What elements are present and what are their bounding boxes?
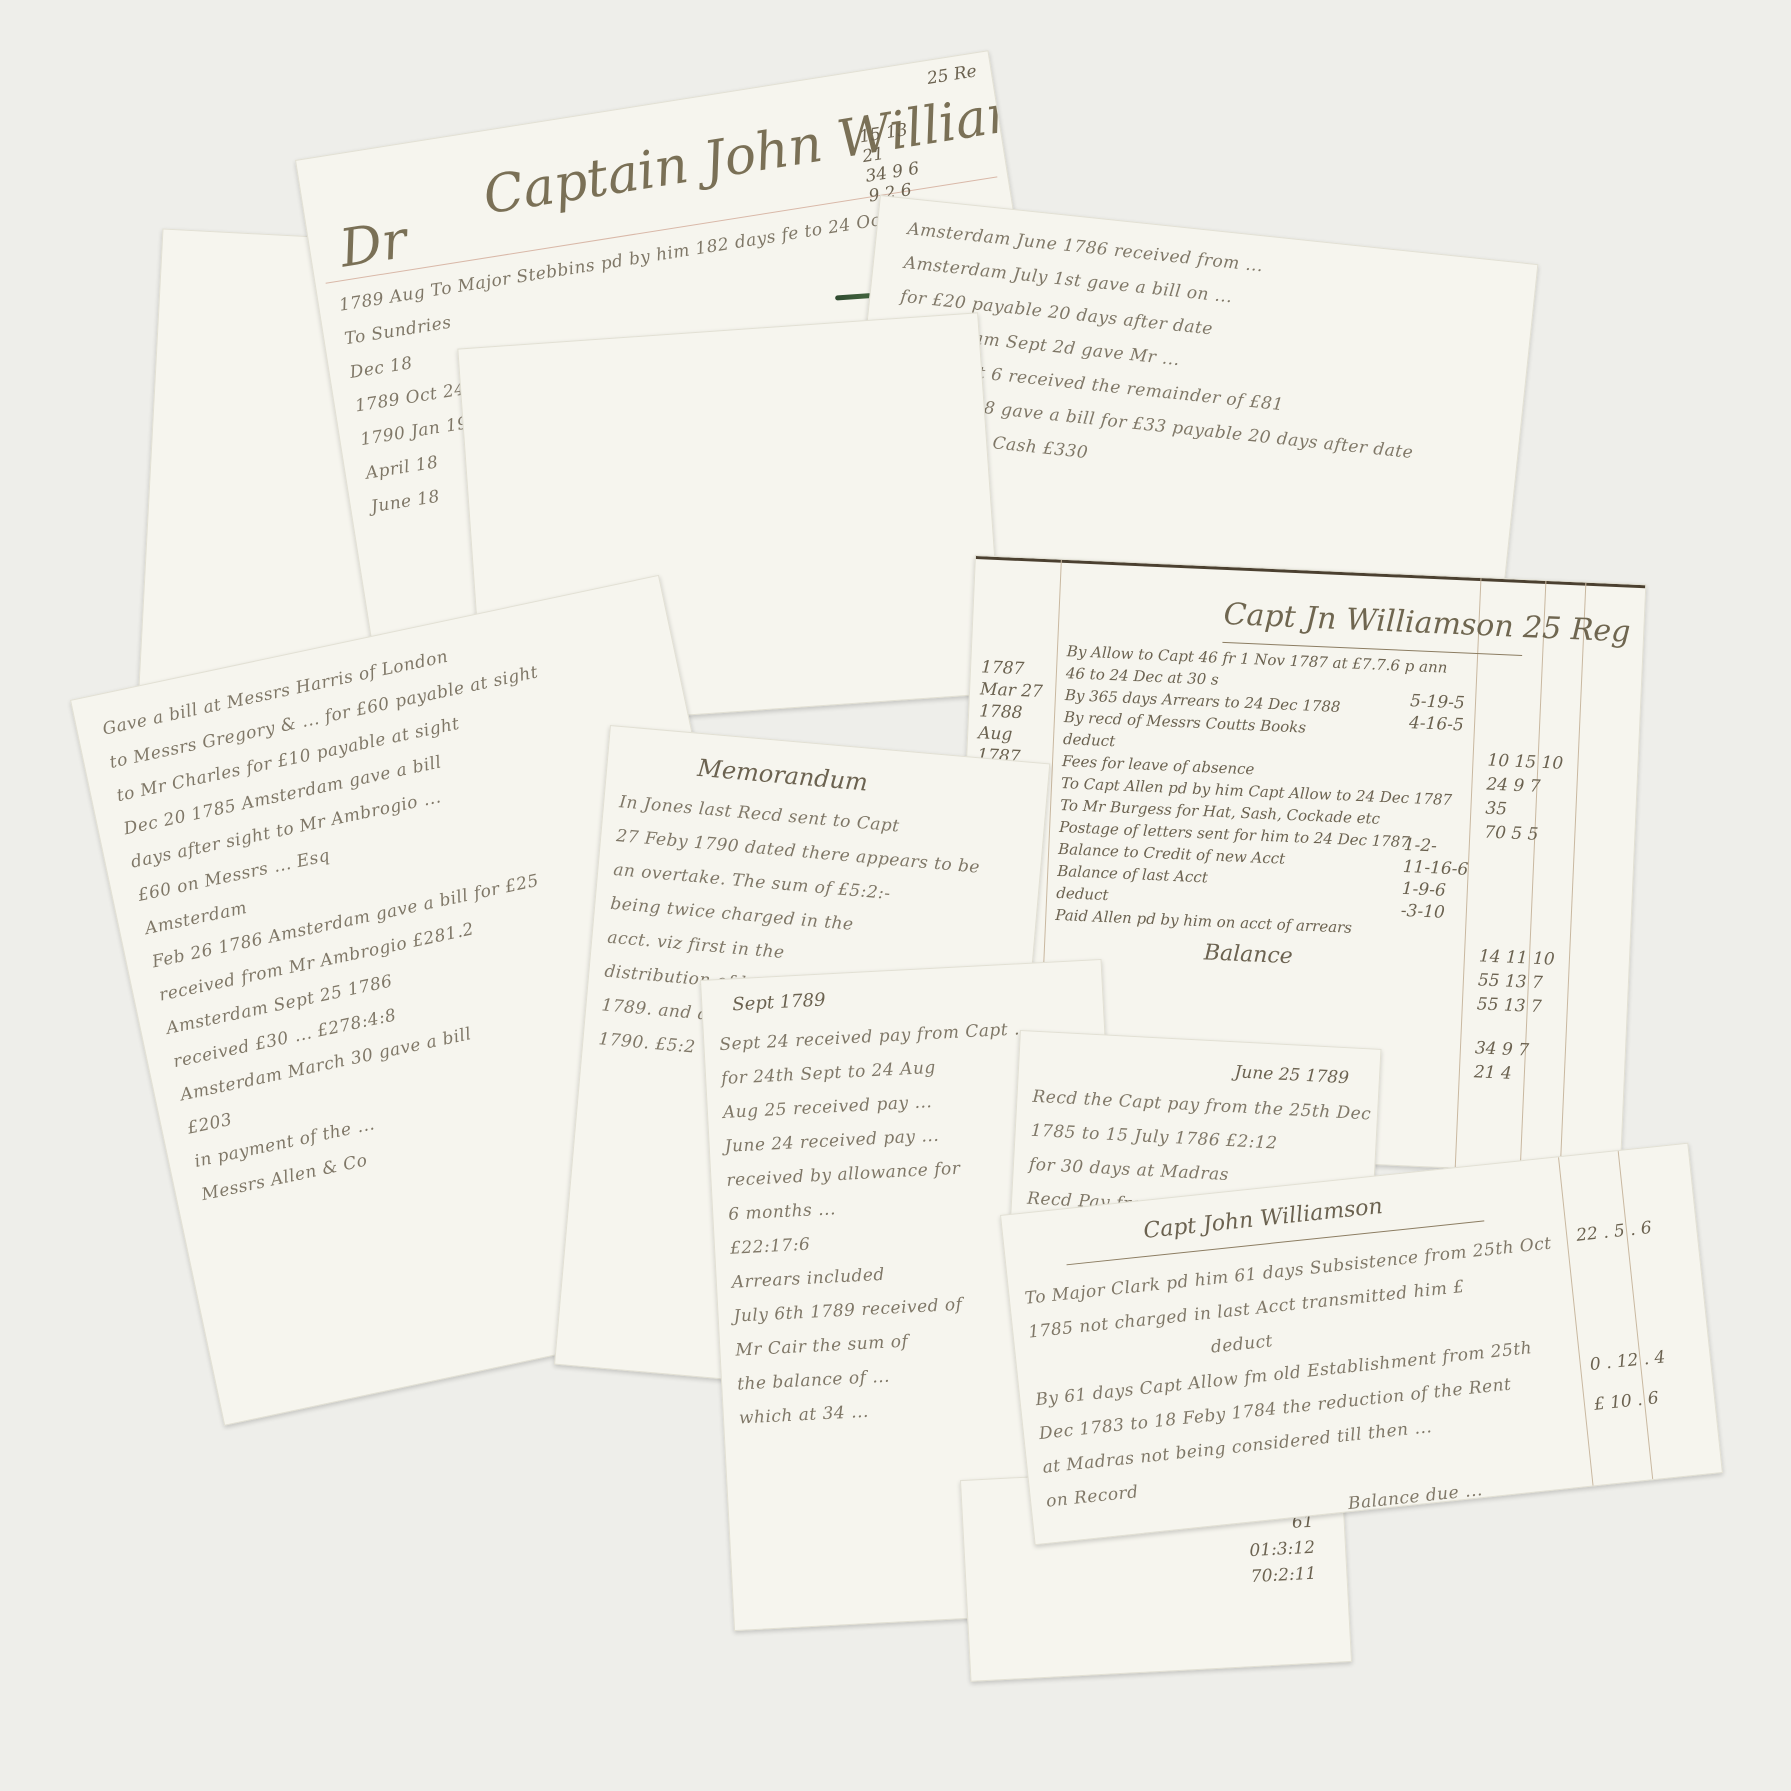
dr-label: Dr: [336, 210, 411, 280]
ledger-line: June 24 received pay ...: [724, 1121, 1037, 1157]
ledger-date: 1788: [979, 700, 1049, 725]
slip-figure: 01:3:12: [1249, 1535, 1316, 1564]
ledger-line: for 24th Sept to 24 Aug: [721, 1053, 1034, 1089]
ledger-line: 6 months ...: [728, 1188, 1041, 1224]
note-figure: 22 . 5 . 6: [1575, 1218, 1652, 1246]
ledger-line: which at 34 ...: [738, 1392, 1051, 1428]
total-amount: 70 5 5: [1484, 820, 1561, 847]
sub-amount: 11-16-6: [1402, 856, 1468, 881]
ledger-date: 1787: [981, 656, 1051, 681]
ledger-line: Sept 24 received pay from Capt ...: [719, 1019, 1032, 1055]
ledger-date: Mar 27: [980, 678, 1050, 703]
john-williamson-note-sheet: Capt John Williamson To Major Clark pd h…: [1000, 1143, 1723, 1546]
sub-amount: 4-16-5: [1409, 712, 1475, 737]
total-amount: 35: [1485, 797, 1562, 824]
total-amount: 34 9 7: [1474, 1036, 1551, 1063]
ledger-title: Capt Jn Williamson 25 Reg: [1223, 597, 1631, 650]
balance-label: Balance: [1054, 936, 1460, 976]
receipt-line: 1785 to 15 July 1786 £2:12: [1030, 1121, 1370, 1159]
total-amount: 55 13 7: [1476, 992, 1553, 1019]
ledger-date: Aug: [978, 722, 1048, 747]
note-figure: 0 . 12 . 4: [1589, 1347, 1666, 1375]
note-figure: £ 10 . 6: [1593, 1388, 1660, 1415]
corner-note: 25 Re: [926, 61, 978, 89]
total-amount: 24 9 7: [1486, 773, 1563, 800]
total-amount: 21 4: [1473, 1060, 1550, 1087]
note-title: Capt John Williamson: [1142, 1194, 1384, 1244]
total-amount: 10 15 10: [1487, 749, 1564, 776]
total-amount: 14 11 10: [1478, 944, 1555, 971]
ledger-line: £22:17:6: [730, 1222, 1043, 1258]
receipt-date: June 25 1789: [1234, 1062, 1349, 1088]
ledger-line: the balance of ...: [737, 1358, 1050, 1394]
sub-amount: 5-19-5: [1410, 690, 1476, 715]
ledger-heading: Sept 1789: [732, 989, 826, 1015]
ledger-line: July 6th 1789 received of: [733, 1290, 1046, 1326]
total-amount: 55 13 7: [1477, 968, 1554, 995]
sub-amount: 1-2-: [1403, 834, 1469, 859]
ledger-line: Aug 25 received pay ...: [722, 1087, 1035, 1123]
slip-figure: 70:2:11: [1250, 1561, 1317, 1590]
ledger-line: Mr Cair the sum of: [735, 1324, 1048, 1360]
sub-amount: -3-10: [1400, 900, 1466, 925]
receipt-line: Recd the Capt pay from the 25th Dec: [1032, 1087, 1372, 1125]
memorandum-heading: Memorandum: [696, 754, 869, 797]
ledger-line: Arrears included: [731, 1256, 1044, 1292]
ledger-line: received by allowance for: [726, 1155, 1039, 1191]
sub-amount: 1-9-6: [1401, 878, 1467, 903]
